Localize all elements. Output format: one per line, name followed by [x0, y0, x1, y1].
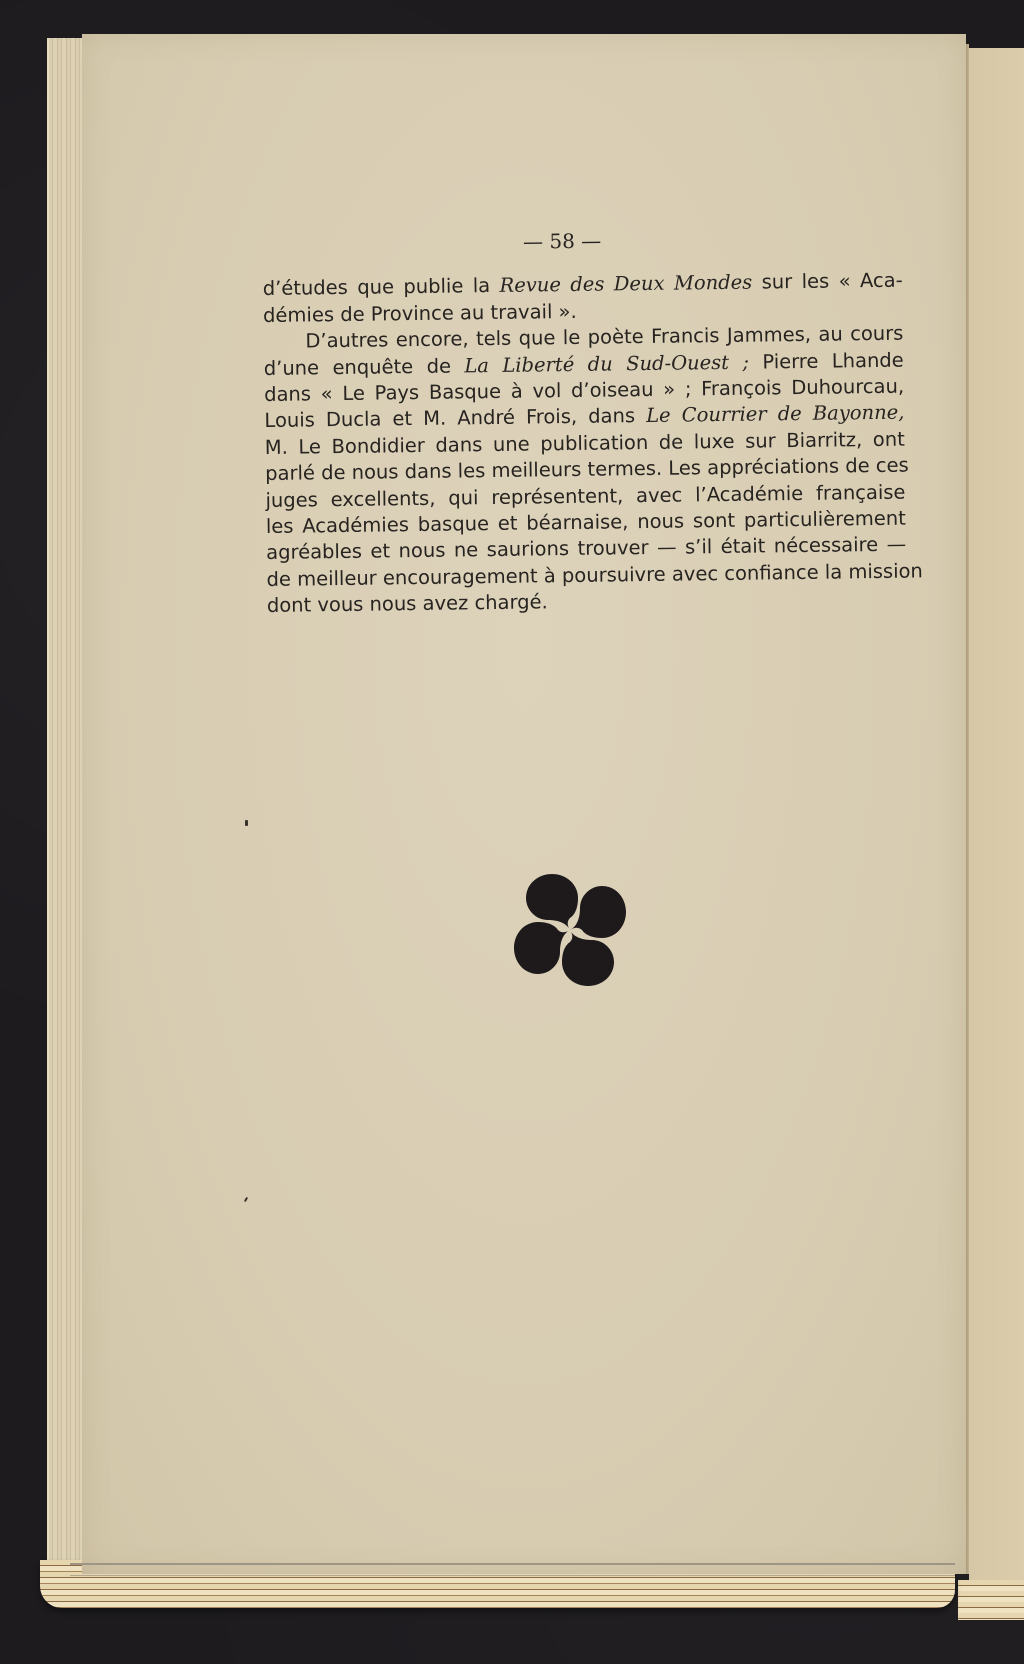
paper-speck [245, 820, 248, 826]
page-edge-line [70, 1563, 955, 1565]
body-text: d’études que publie la Revue des Deux Mo… [263, 268, 907, 620]
book-gutter [966, 44, 969, 1574]
facing-page-strip [969, 48, 1024, 1583]
text-run: d’études que publie la [263, 274, 500, 300]
text-run: sur les « Aca- [752, 269, 903, 294]
text-block: — 58 — d’études que publie la Revue des … [262, 224, 907, 620]
text-run: d’une enquête de [264, 354, 465, 380]
facing-page-stack-bottom [958, 1580, 1024, 1620]
text-run: Pierre Lhande [749, 348, 904, 373]
italic-title: Le Courrier de Bayonne, [646, 401, 905, 427]
italic-title: La Liberté du Sud-Ouest ; [464, 350, 749, 377]
paragraph: d’études que publie la Revue des Deux Mo… [263, 268, 904, 329]
text-run: Louis Ducla et M. André Frois, dans [264, 404, 646, 432]
italic-title: Revue des Deux Mondes [499, 271, 752, 297]
text-run: démies de Province au travail ». [263, 300, 577, 327]
paragraph: D’autres encore, tels que le poète Franc… [263, 321, 907, 620]
lauburu-icon [510, 870, 630, 990]
page-edge-line-secondary [70, 1575, 955, 1576]
text-run: dont vous nous avez chargé. [267, 591, 548, 618]
